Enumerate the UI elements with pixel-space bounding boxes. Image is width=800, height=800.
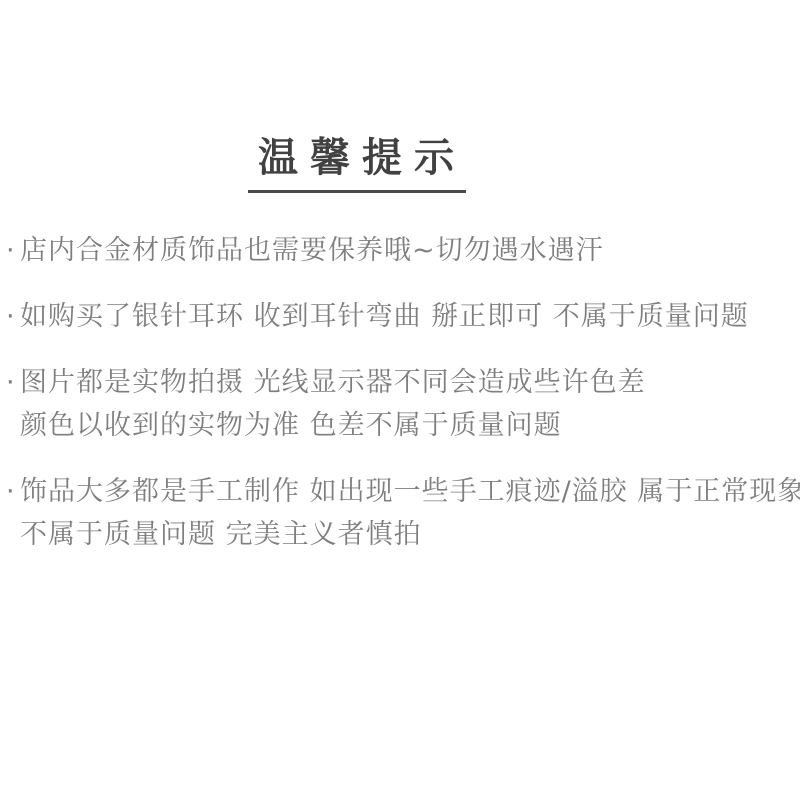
notice-text: 饰品大多都是手工制作 如出现一些手工痕迹/溢胶 属于正常现象 [20,476,800,507]
notice-text: 如购买了银针耳环 收到耳针弯曲 掰正即可 不属于质量问题 [20,301,749,332]
notice-line: ·图片都是实物拍摄 光线显示器不同会造成些许色差 [6,361,800,404]
notice-title-wrap: 温馨提示 [0,126,800,193]
notice-page: 温馨提示 ·店内合金材质饰品也需要保养哦~切勿遇水遇汗 ·如购买了银针耳环 收到… [0,0,800,800]
notice-line: ·如购买了银针耳环 收到耳针弯曲 掰正即可 不属于质量问题 [6,295,800,338]
notice-text: 图片都是实物拍摄 光线显示器不同会造成些许色差 [20,367,646,398]
notice-item-earpin: ·如购买了银针耳环 收到耳针弯曲 掰正即可 不属于质量问题 [6,295,800,338]
notice-text: 店内合金材质饰品也需要保养哦~切勿遇水遇汗 [20,235,604,266]
bullet-dot: · [6,470,20,513]
notice-line: ·饰品大多都是手工制作 如出现一些手工痕迹/溢胶 属于正常现象 [6,470,800,513]
bullet-dot: · [6,295,20,338]
notice-text: 不属于质量问题 完美主义者慎拍 [20,519,422,550]
notice-line-continuation: 颜色以收到的实物为准 色差不属于质量问题 [6,404,800,447]
notice-item-care: ·店内合金材质饰品也需要保养哦~切勿遇水遇汗 [6,229,800,272]
notice-line-continuation: 不属于质量问题 完美主义者慎拍 [6,513,800,556]
page-title: 温馨提示 [248,126,466,193]
notice-item-color-difference: ·图片都是实物拍摄 光线显示器不同会造成些许色差 颜色以收到的实物为准 色差不属… [6,361,800,447]
bullet-dot: · [6,229,20,272]
notice-body: ·店内合金材质饰品也需要保养哦~切勿遇水遇汗 ·如购买了银针耳环 收到耳针弯曲 … [6,229,800,579]
notice-text: 颜色以收到的实物为准 色差不属于质量问题 [20,410,562,441]
bullet-dot: · [6,361,20,404]
notice-line: ·店内合金材质饰品也需要保养哦~切勿遇水遇汗 [6,229,800,272]
notice-item-handmade: ·饰品大多都是手工制作 如出现一些手工痕迹/溢胶 属于正常现象 不属于质量问题 … [6,470,800,556]
